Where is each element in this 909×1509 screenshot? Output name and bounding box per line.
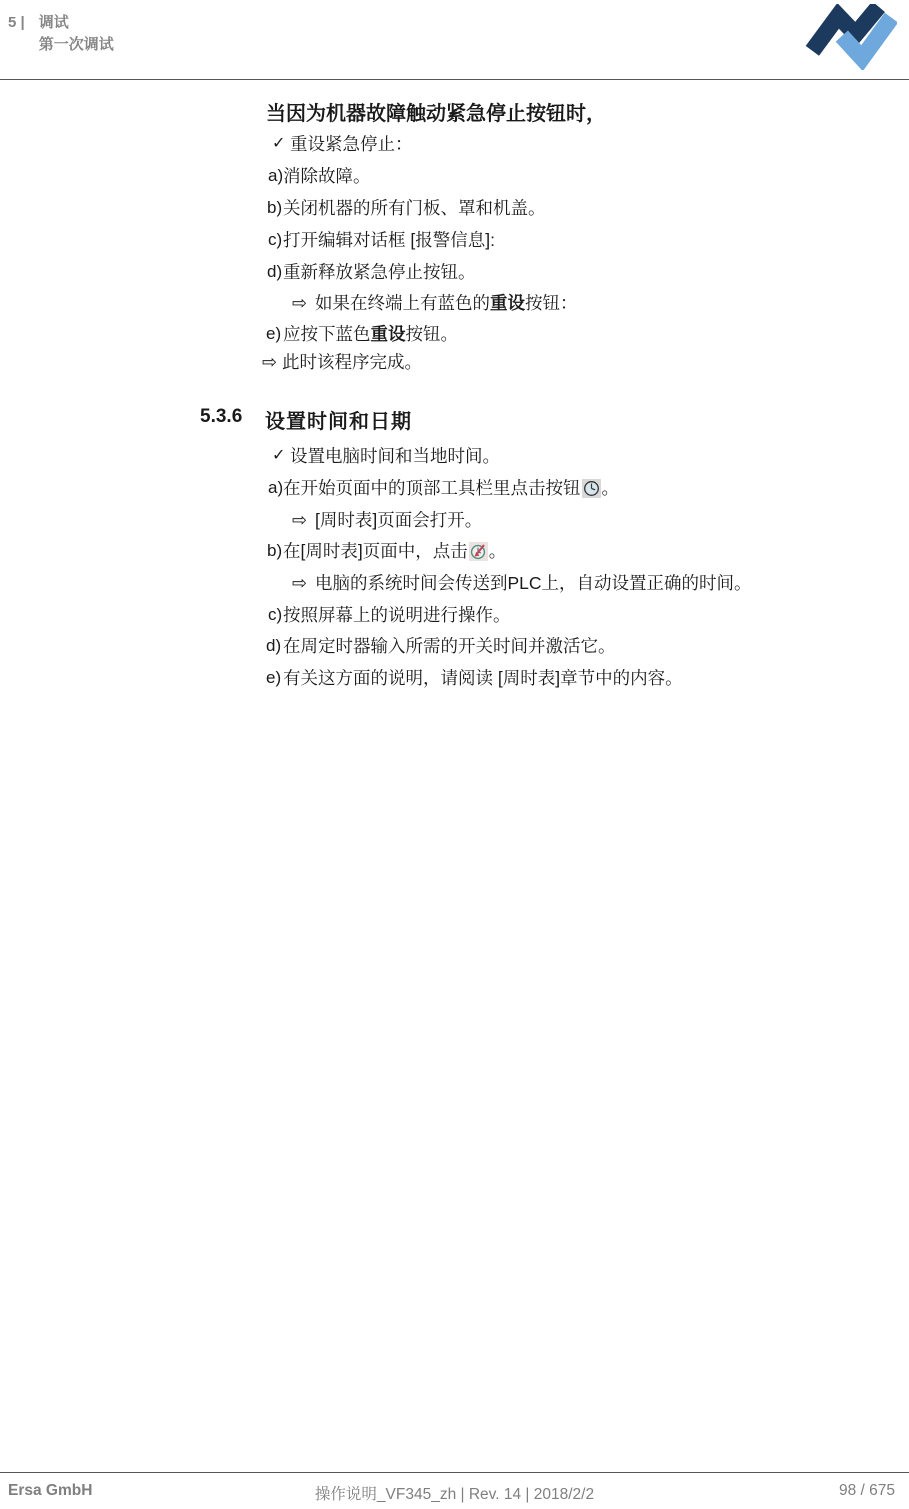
chapter-number: 5 |	[8, 12, 25, 56]
arrow-icon: ⇨	[292, 508, 307, 532]
page-header: 5 | 调试 第一次调试	[8, 12, 114, 56]
ersa-logo-icon	[805, 4, 897, 75]
arrow-icon: ⇨	[262, 350, 277, 374]
result-item-nested: ⇨ 如果在终端上有蓝色的重设按钮：	[0, 291, 909, 317]
section1-check-item: ✓ 重设紧急停止：	[0, 132, 909, 158]
chapter-titles: 调试 第一次调试	[39, 12, 114, 56]
footer-divider	[0, 1472, 909, 1473]
result-item: ⇨ 此时该程序完成。	[0, 350, 909, 376]
arrow-icon: ⇨	[292, 291, 307, 315]
list-item: b) 在[周时表]页面中，点击。	[0, 539, 909, 565]
section-title: 设置时间和日期	[265, 405, 412, 434]
chapter-subtitle: 第一次调试	[39, 34, 114, 56]
clock-button-icon	[582, 479, 601, 504]
check-icon: ✓	[272, 444, 285, 468]
manual-page: { "header": { "chapter_no": "5 |", "chap…	[0, 0, 909, 1509]
list-item: d) 在周定时器输入所需的开关时间并激活它。	[0, 634, 909, 660]
list-item: a) 消除故障。	[0, 164, 909, 190]
section2-check-item: ✓ 设置电脑时间和当地时间。	[0, 444, 909, 470]
section1-heading: 当因为机器故障触动紧急停止按钮时，	[266, 97, 606, 126]
header-divider	[0, 79, 909, 80]
list-item: e) 应按下蓝色重设按钮。	[0, 322, 909, 348]
footer-doc-info: 操作说明_VF345_zh | Rev. 14 | 2018/2/2	[0, 1482, 909, 1504]
list-item: c) 打开编辑对话框 [报警信息]:	[0, 228, 909, 254]
result-item-nested: ⇨ 电脑的系统时间会传送到PLC上，自动设置正确的时间。	[0, 571, 909, 597]
footer-page-number: 98 / 675	[839, 1482, 895, 1500]
footer-company: Ersa GmbH	[8, 1482, 92, 1500]
list-item: d) 重新释放紧急停止按钮。	[0, 260, 909, 286]
chapter-title: 调试	[39, 12, 114, 34]
list-item: e) 有关这方面的说明，请阅读 [周时表]章节中的内容。	[0, 666, 909, 692]
check-icon: ✓	[272, 132, 285, 156]
result-item-nested: ⇨ [周时表]页面会打开。	[0, 508, 909, 534]
apply-time-button-icon	[469, 542, 488, 567]
arrow-icon: ⇨	[292, 571, 307, 595]
list-item: b) 关闭机器的所有门板、罩和机盖。	[0, 196, 909, 222]
section-number: 5.3.6	[200, 406, 242, 428]
list-item: a) 在开始页面中的顶部工具栏里点击按钮。	[0, 476, 909, 502]
list-item: c) 按照屏幕上的说明进行操作。	[0, 603, 909, 629]
